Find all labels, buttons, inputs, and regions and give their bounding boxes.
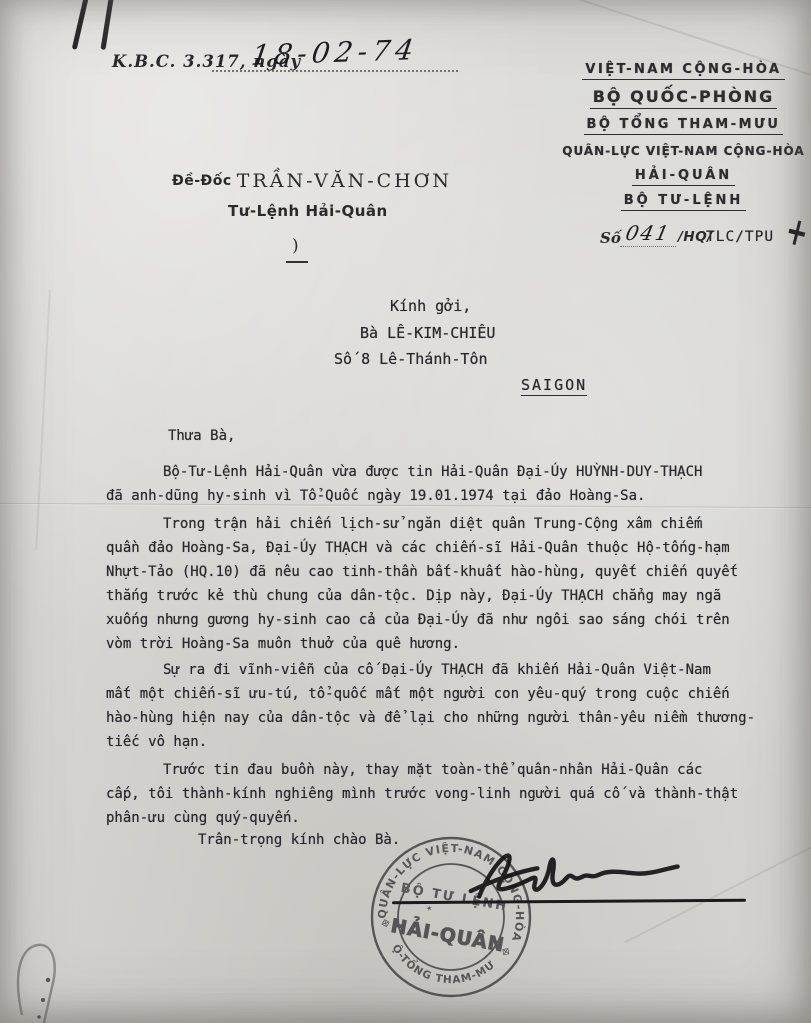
- scanned-letter-page: K.B.C. 3.317, ngày 18-02-74 VIỆT-NAM CỘN…: [0, 0, 811, 1023]
- stamp-center-mark: ✶: [425, 904, 433, 914]
- letterhead-line-4: QUÂN-LỰC VIỆT-NAM CỘNG-HÒA: [556, 144, 811, 158]
- letterhead-line-3: BỘ TỔNG THAM-MƯU: [556, 117, 811, 135]
- pen-stroke-top-left-2: [100, 0, 114, 50]
- sender-mark-underline: [286, 261, 308, 263]
- pen-stroke-top-left-1: [72, 0, 89, 50]
- recipient-address: Số 8 Lê-Thánh-Tôn: [334, 350, 488, 368]
- crease-left-vertical: [35, 290, 51, 550]
- letterhead-line-2: BỘ QUỐC-PHÒNG: [556, 87, 811, 109]
- body-paragraph-1: Bộ-Tư-Lệnh Hải-Quân vừa được tin Hải-Quâ…: [106, 460, 766, 508]
- reference-code: TLC/TPU: [706, 229, 774, 245]
- salutation: Thưa Bà,: [168, 428, 235, 444]
- body-paragraph-2: Trong trận hải chiến lịch-sử ngăn diệt q…: [106, 512, 766, 656]
- kbc-date-handwritten: 18-02-74: [249, 33, 420, 72]
- sender-name: TRẦN-VĂN-CHƠN: [237, 170, 452, 192]
- reference-so-label: Số: [600, 229, 621, 247]
- letterhead-line-6: BỘ TƯ-LỆNH: [556, 193, 811, 211]
- recipient-city: SAIGON: [521, 376, 587, 396]
- body-paragraph-3: Sự ra đi vĩnh-viễn của cố Đại-Úy THẠCH đ…: [106, 658, 766, 754]
- recipient-heading: Kính gởi,: [390, 297, 471, 315]
- recipient-name: Bà LÊ-KIM-CHIÊU: [360, 324, 495, 342]
- letterhead-line-5: HẢI-QUÂN: [556, 168, 811, 186]
- reference-number-handwritten: 041: [623, 221, 672, 245]
- letterhead-line-1: VIỆT-NAM CỘNG-HÒA: [556, 62, 811, 80]
- sender-block: Đề-Đốc TRẦN-VĂN-CHƠN: [172, 170, 452, 192]
- sender-rank: Đề-Đốc: [172, 173, 232, 189]
- sender-mark: ): [292, 236, 299, 256]
- reference-mark-handwritten: +: [781, 209, 811, 258]
- sender-title: Tư-Lệnh Hải-Quân: [228, 202, 388, 220]
- ink-loop-bottom-left: [8, 925, 78, 1023]
